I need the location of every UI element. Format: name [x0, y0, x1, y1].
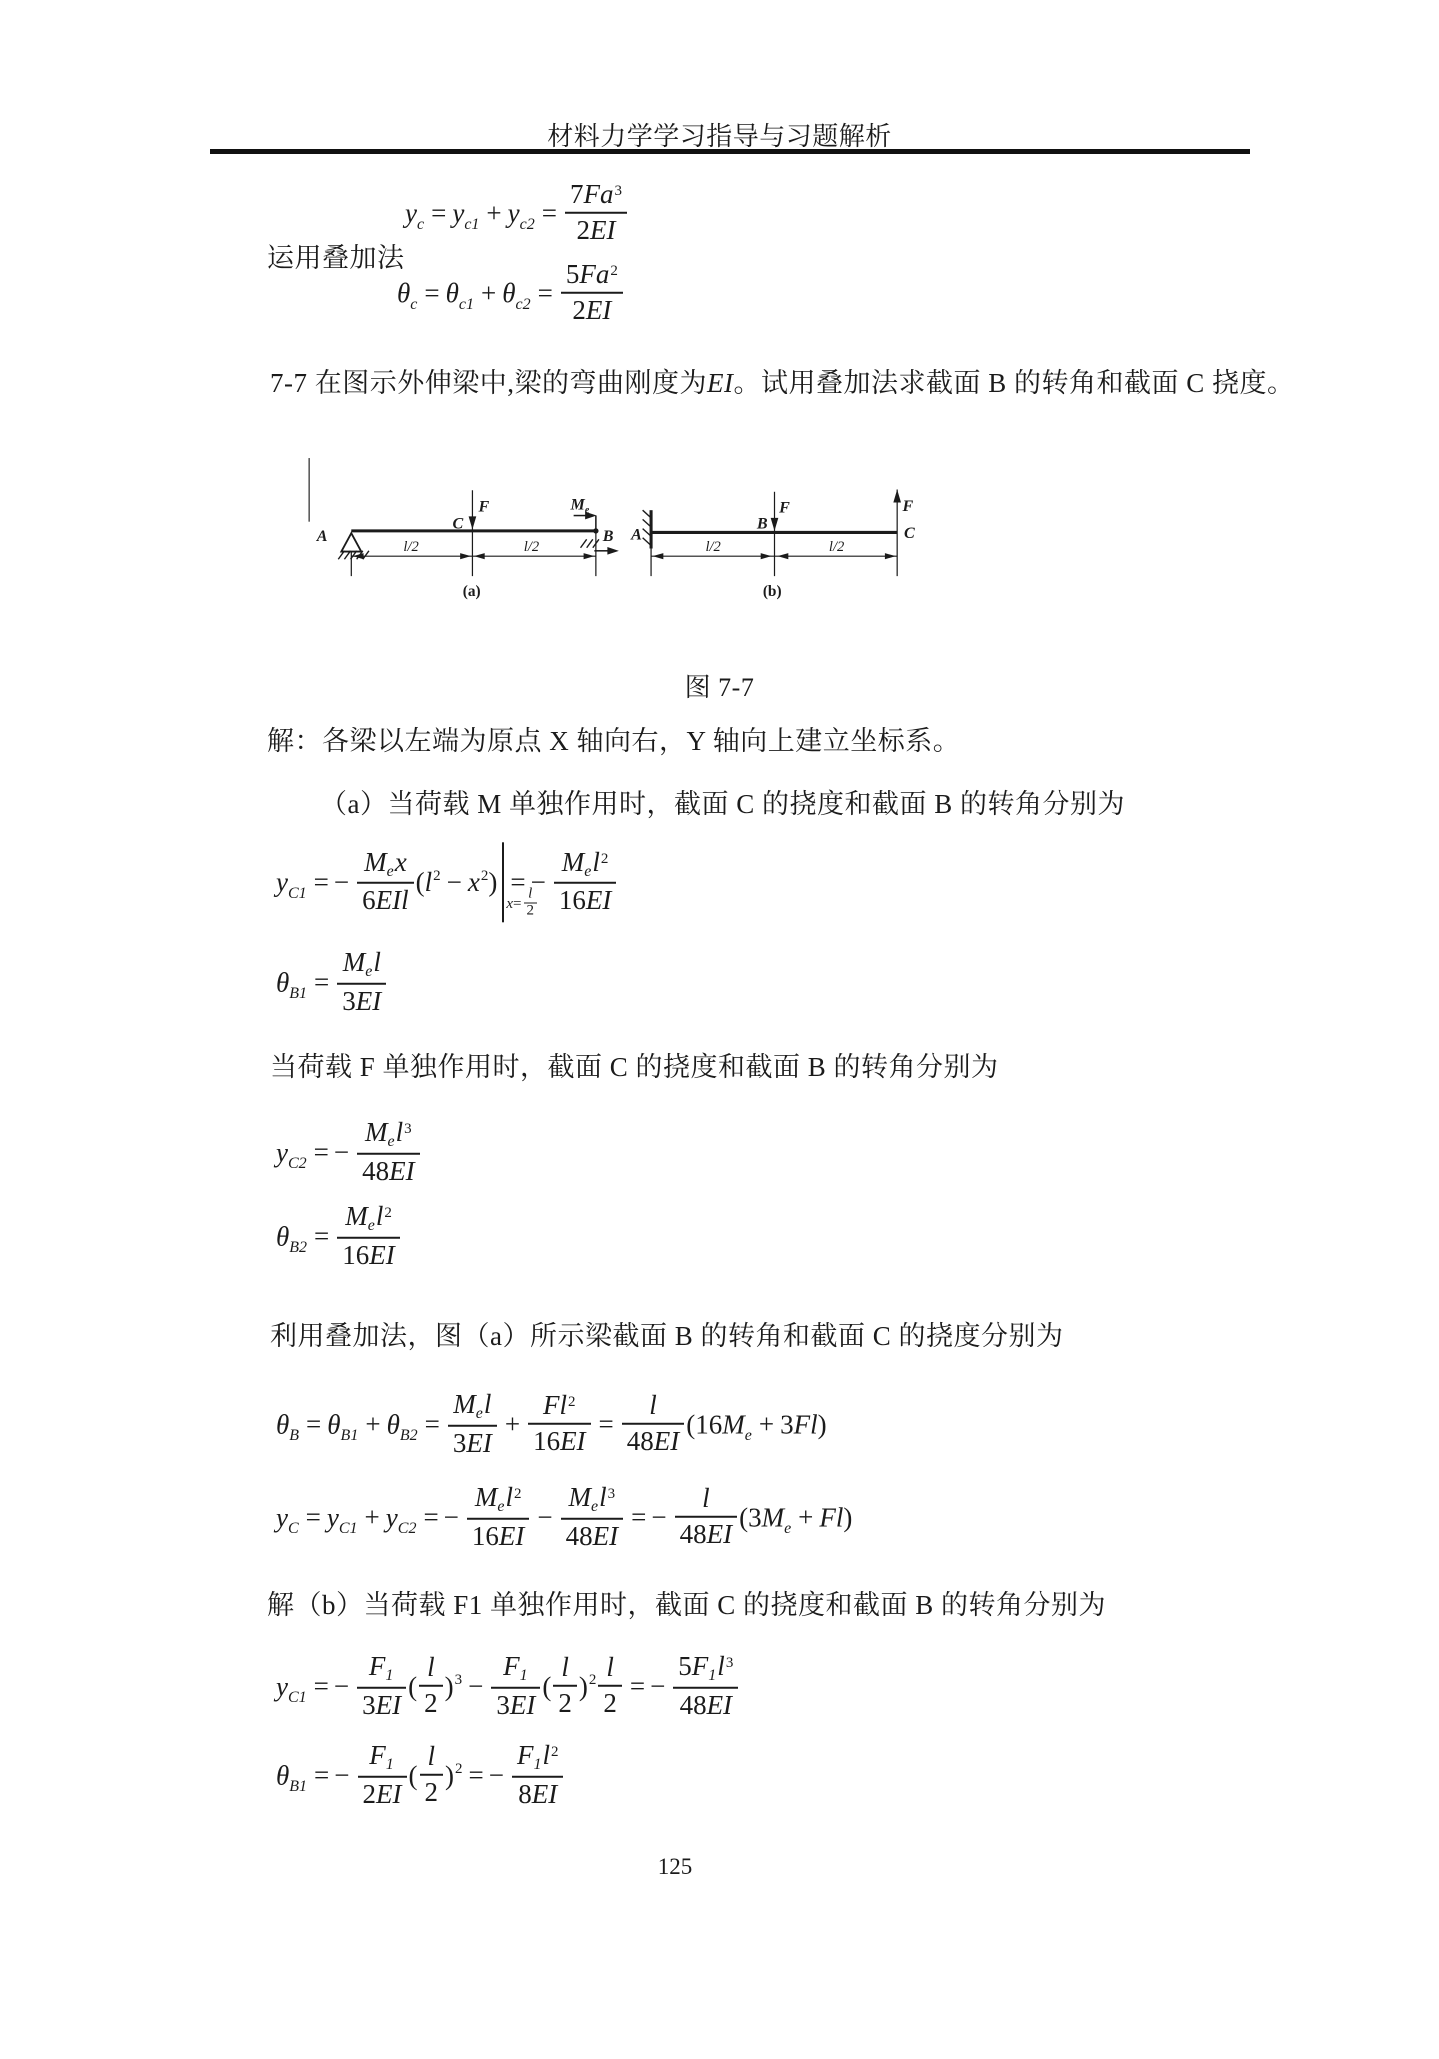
equation-thetab-total: θB=θB1+θB2=Mel3EI+Fl216EI=l48EI(16Me+3Fl… — [276, 1391, 827, 1463]
label-point-a2: A — [630, 526, 642, 543]
equation-thetab1-a: θB1=Mel3EI — [276, 949, 388, 1021]
label-point-b: B — [602, 528, 614, 545]
equation-yc2-a: yC2=−Mel348EI — [276, 1119, 422, 1191]
page-title: 材料力学学习指导与习题解析 — [0, 116, 1439, 153]
dim-label-b1: l/2 — [705, 539, 720, 555]
problem-text-prefix: 7-7 在图示外伸梁中,梁的弯曲刚度为 — [270, 368, 707, 398]
pin-support-icon — [338, 533, 369, 559]
dim-label-a1: l/2 — [403, 539, 418, 555]
label-point-c: C — [452, 516, 463, 533]
dim-label-b2: l/2 — [829, 539, 844, 555]
label-point-a: A — [316, 528, 328, 545]
equation-yc1-a: yC1=−Mex6EIl(l2−x2)x=l2=−Mel216EI — [276, 845, 618, 925]
method-label: 运用叠加法 — [267, 236, 405, 275]
force-arrow-f-icon — [469, 490, 477, 576]
page-number: 125 — [625, 1854, 725, 1880]
solution-intro: 解：各梁以左端为原点 X 轴向右，Y 轴向上建立坐标系。 — [267, 719, 960, 758]
superpose-text: 利用叠加法，图（a）所示梁截面 B 的转角和截面 C 的挠度分别为 — [270, 1314, 1064, 1353]
equation-yc1-b: yC1=−F13EI(l2)3−F13EI(l2)2l2=−5F1l348EI — [276, 1653, 740, 1725]
fixed-support-icon — [643, 510, 651, 548]
beam-figure: A C F Me B l/2 l/2 (a) A B F F C l/2 l/2… — [280, 428, 1200, 633]
case-f-text: 当荷载 F 单独作用时，截面 C 的挠度和截面 B 的转角分别为 — [270, 1045, 999, 1084]
label-force-f: F — [478, 499, 490, 516]
equation-thetab1-b: θB1=−F12EI(l2)2=−F1l28EI — [276, 1742, 565, 1814]
problem-statement: 7-7 在图示外伸梁中,梁的弯曲刚度为EI。试用叠加法求截面 B 的转角和截面 … — [270, 361, 1295, 400]
label-moment-me: Me — [570, 496, 590, 516]
equation-yc-superposition: yc=yc1+yc2=7Fa32EI — [405, 181, 629, 250]
caption-b: (b) — [763, 583, 782, 600]
label-point-b2: B — [756, 516, 768, 533]
label-point-c2: C — [904, 525, 915, 542]
equation-yc-total: yC=yC1+yC2=−Mel216EI−Mel348EI=−l48EI(3Me… — [276, 1484, 852, 1556]
label-force-fb: F — [778, 499, 790, 516]
problem-ei-symbol: EI — [707, 368, 733, 398]
case-a-text: （a）当荷载 M 单独作用时，截面 C 的挠度和截面 B 的转角分别为 — [320, 782, 1125, 821]
dimension-line-a — [351, 553, 596, 559]
dim-label-a2: l/2 — [524, 539, 539, 555]
caption-a: (a) — [463, 583, 481, 600]
case-b-text: 解（b）当荷载 F1 单独作用时，截面 C 的挠度和截面 B 的转角分别为 — [267, 1583, 1106, 1622]
equation-thetab2-a: θB2=Mel216EI — [276, 1203, 402, 1275]
header-rule — [210, 149, 1250, 154]
figure-caption: 图 7-7 — [0, 667, 1439, 704]
problem-text-suffix: 。试用叠加法求截面 B 的转角和截面 C 挠度。 — [733, 368, 1294, 398]
beam-diagram-b — [643, 489, 901, 576]
label-force-fc: F — [902, 498, 914, 515]
equation-thetac-superposition: θc=θc1+θc2=5Fa22EI — [397, 261, 625, 330]
